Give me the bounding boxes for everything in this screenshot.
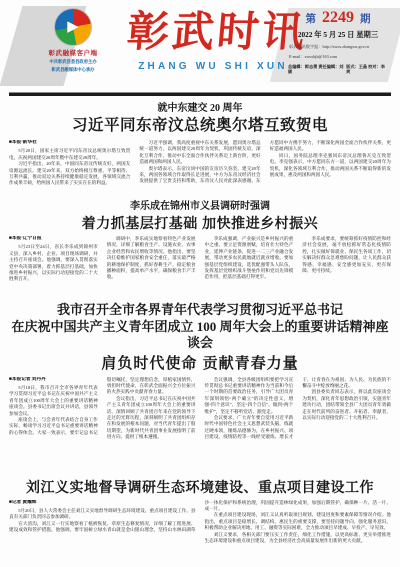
masthead-rule <box>9 92 391 96</box>
logo-block: ▶ 彰武融媒客户端 中共彰武县委县政府主办 彰武县融媒体中心承办 <box>19 8 127 72</box>
article4-headline: 刘江义实地督导调研生态环境建设、重点项目建设工作 <box>9 479 391 495</box>
article3-headline-line2: 在庆祝中国共产主义青年团成立 100 周年大会上的重要讲话精神座谈会 <box>9 319 391 352</box>
newspaper-page: ▶ 彰武融媒客户端 中共彰武县委县政府主办 彰武县融媒体中心承办 彰武时讯 ZH… <box>0 0 400 567</box>
article1-kicker: 就中东建交 20 周年 <box>9 103 391 115</box>
article3-body: ■本报记者 刘丹丹 5月18日，我市召开全市各界青年代表学习贯彻习近平总书记在庆… <box>9 377 391 470</box>
issue-suffix: 期 <box>360 14 371 25</box>
body-paragraph: 习近平强调，我高度重视中东关系发展，愿同奥尔塔总统一道努力，以两国建交20周年为… <box>139 140 260 166</box>
article3-subhead: 肩负时代使命 贡献青春力量 <box>9 355 391 372</box>
body-paragraph: 李乐成要求，要统筹抓好疫情防控和经济社会发展，毫不放松抓好常态化疫情防控，扎实做… <box>302 236 391 274</box>
newspaper-title-pinyin: ZHANG WU SHI XUN <box>127 61 299 72</box>
article1-headline: 习近平同东帝汶总统奥尔塔互致贺电 <box>9 117 391 135</box>
issue-info-block: 第 2249 期 2022 年 5 月 25 日 星期三 彰武时讯数字报：htt… <box>285 9 391 75</box>
article3-paragraphs: 5月18日，我市召开全市各界青年代表学习贯彻习近平总书记在庆祝中国共产主义青年团… <box>9 377 391 441</box>
staff-credits-right: 版式：王晶 校对：李爽 <box>346 64 388 75</box>
masthead: ▶ 彰武融媒客户端 中共彰武县委县政府主办 彰武县融媒体中心承办 彰武时讯 ZH… <box>9 6 391 90</box>
article4-paragraphs: 5月20日，县人大常委会主任刘江义实地督导调研生态环境建设、重点项目建设工作。县… <box>9 500 391 545</box>
body-paragraph: 习近平指出，20年来，中国同东帝汶传统友好，两国友谊源远流长。建交20年来，双方… <box>9 161 130 187</box>
article2-kicker: 李乐成在锦州市义县调研时强调 <box>9 201 391 213</box>
article2-headline: 着力抓基层打基础 加快推进乡村振兴 <box>9 215 391 231</box>
staff-credits: 总编辑：郭志勇 责任编辑：刘颖 版式：王晶 校对：李爽 <box>285 64 391 75</box>
issue-line: 第 2249 期 <box>285 9 391 27</box>
play-icon: ▶ <box>67 20 79 35</box>
article2-byline: ■本报·辽宁日报 <box>9 236 98 242</box>
publication-date: 2022 年 5 月 25 日 星期三 <box>285 30 391 40</box>
staff-credits-left: 总编辑：郭志勇 责任编辑：刘颖 <box>288 64 346 75</box>
body-paragraph: 会议指出，习近平总书记在庆祝中国共产主义青年团成立100周年大会上的重要讲话，深… <box>107 396 196 441</box>
article2-body: ■本报·辽宁日报 5月23日至24日，省长李乐成到锦州市义县，深入乡村、企业、项… <box>9 236 391 294</box>
article1-body: ■本报·新华社 5月20日，国家主席习近平同东帝汶总统奥尔塔互致贺电，庆祝两国建… <box>9 140 391 194</box>
article3-headline-line1: 我市召开全市各界青年代表学习贯彻习近平总书记 <box>9 302 391 319</box>
issue-prefix: 第 <box>306 14 317 25</box>
publisher-line-1: 中共彰武县委县政府主办 <box>19 59 127 65</box>
publisher-line-2: 彰武县融媒体中心承办 <box>19 67 127 73</box>
article1-paragraphs: 5月20日，国家主席习近平同东帝汶总统奥尔塔互致贺电，庆祝两国建交20周年暨中东… <box>9 140 391 187</box>
body-paragraph: 同日，国务院总理李克强同东帝汶总理鲁瓦克互致贺电。李克强表示，中方愿同东方一道，… <box>270 153 391 179</box>
email-address: E-mail：zwsxbjb@163.com <box>285 54 391 60</box>
article2-paragraphs: 5月23日至24日，省长李乐成到锦州市义县，深入乡村、企业、项目现场调研，并主持… <box>9 236 391 283</box>
body-paragraph: 会议强调，全县各级团组织要把学习宣传贯彻总书记重要讲话精神作为当前和今后一个时期… <box>205 377 294 415</box>
article1-byline: ■本报·新华社 <box>9 140 130 146</box>
article4-byline: ■记者 黄耀辉 <box>9 500 196 506</box>
body-paragraph: 调研中，李乐成实地察看特色产业发展情况，详细了解粮食生产、设施农业、农事企业经营… <box>107 236 196 281</box>
digital-edition-url: 彰武时讯数字报：http://zwsx.zhangwu.gov.cn <box>285 44 391 50</box>
issue-number: 2249 <box>320 9 356 26</box>
article-youth-symposium: 我市召开全市各界青年代表学习贯彻习近平总书记 在庆祝中国共产主义青年团成立 10… <box>9 302 391 470</box>
article4-body: ■记者 黄耀辉 5月20日，县人大常委会主任刘江义实地督导调研生态环境建设、重点… <box>9 500 391 567</box>
body-paragraph: 5月20日，县人大常委会主任刘江义实地督导调研生态环境建设、重点项目建设工作。县… <box>9 508 196 521</box>
body-paragraph: 5月23日至24日，省长李乐成到锦州市义县，深入乡村、企业、项目现场调研，并主持… <box>9 244 98 282</box>
article3-byline: ■本报记者 刘丹丹 <box>9 377 98 383</box>
article-lelecheng-research: 李乐成在锦州市义县调研时强调 着力抓基层打基础 加快推进乡村振兴 ■本报·辽宁日… <box>9 201 391 294</box>
body-paragraph: 5月18日，我市召开全市各界青年代表学习贯彻习近平总书记在庆祝中国共产主义青年团… <box>9 385 98 417</box>
body-paragraph: 团县委负责同志表示，将以此次座谈会为契机，深化青年思想政治引领，实施青年建功行动… <box>302 389 391 421</box>
body-paragraph: 李乐成强调，产业振兴是乡村振兴的重中之重。要立足资源禀赋，培育壮大特色产业，延伸… <box>205 236 294 281</box>
body-paragraph: 5月20日，国家主席习近平同东帝汶总统奥尔塔互致贺电，庆祝两国建交20周年暨中东… <box>9 148 130 161</box>
body-paragraph: 刘江义要求，各相关部门要压实工作责任，细化工作措施，以更高标准、更实举措推进生态… <box>205 532 392 545</box>
article-liujiangyi-inspection: 刘江义实地督导调研生态环境建设、重点项目建设工作 ■记者 黄耀辉 5月20日，县… <box>9 479 391 567</box>
article-xi-congratulations: 就中东建交 20 周年 习近平同东帝汶总统奥尔塔互致贺电 ■本报·新华社 5月2… <box>9 103 391 194</box>
logo-caption: 彰武融媒客户端 <box>19 48 127 57</box>
newspaper-title: 彰武时讯 <box>125 8 301 58</box>
body-paragraph: 在重点项目建设现场，刘江义认真听取项目规划、建设进度和要素保障等情况介绍。他指出… <box>205 512 392 531</box>
app-logo-icon: ▶ <box>54 8 92 46</box>
title-block: 彰武时讯 ZHANG WU SHI XUN <box>127 8 299 72</box>
